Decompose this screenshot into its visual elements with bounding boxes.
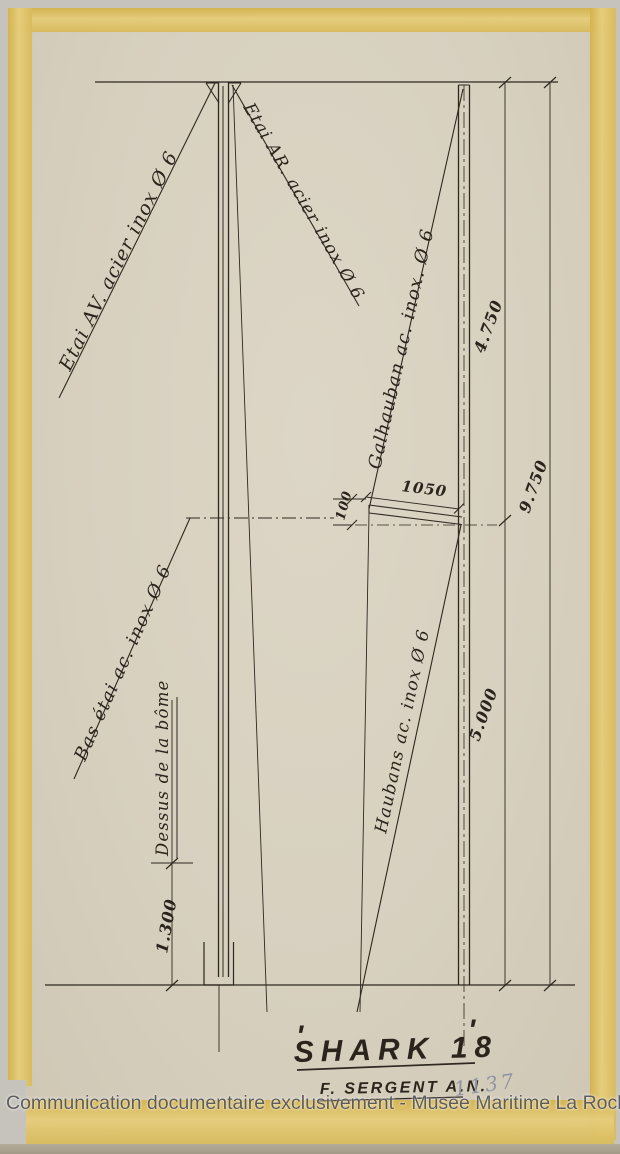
dimension-values: 4.750 9.750 5.000 1050 100 1.300 — [152, 297, 551, 955]
dimension-lines — [166, 77, 556, 991]
title-block: SHARK 18 ' ' F. SERGENT A.N. 1137 — [293, 1014, 518, 1101]
label-etai-av: Etai AV. acier inox Ø 6 — [54, 147, 182, 375]
watermark-text: Communication documentaire exclusivement… — [6, 1092, 620, 1118]
dim-spreader-drop: 100 — [333, 489, 355, 522]
label-galhauban: Galhauban ac. inox. Ø 6 — [364, 227, 438, 472]
dim-top-section: 4.750 — [470, 297, 507, 355]
title-quote-open: ' — [296, 1020, 310, 1053]
label-dessus-bome: Dessus de la bôme — [153, 679, 172, 857]
title-quote-close: ' — [468, 1014, 482, 1047]
dim-total-height: 9.750 — [515, 457, 552, 515]
dim-boom-height: 1.300 — [152, 897, 180, 955]
label-etai-ar: Etai AR. acier inox Ø 6 — [238, 99, 368, 304]
dim-bottom-section: 5.000 — [465, 685, 502, 743]
rigging-labels: Etai AV. acier inox Ø 6 Etai AR. acier i… — [54, 99, 438, 857]
rigging-plan-svg: Etai AV. acier inox Ø 6 Etai AR. acier i… — [0, 0, 620, 1154]
scanned-plan: Etai AV. acier inox Ø 6 Etai AR. acier i… — [0, 0, 620, 1154]
label-haubans: Haubans ac. inox Ø 6 — [371, 627, 434, 836]
dim-spreader-length: 1050 — [401, 477, 449, 500]
